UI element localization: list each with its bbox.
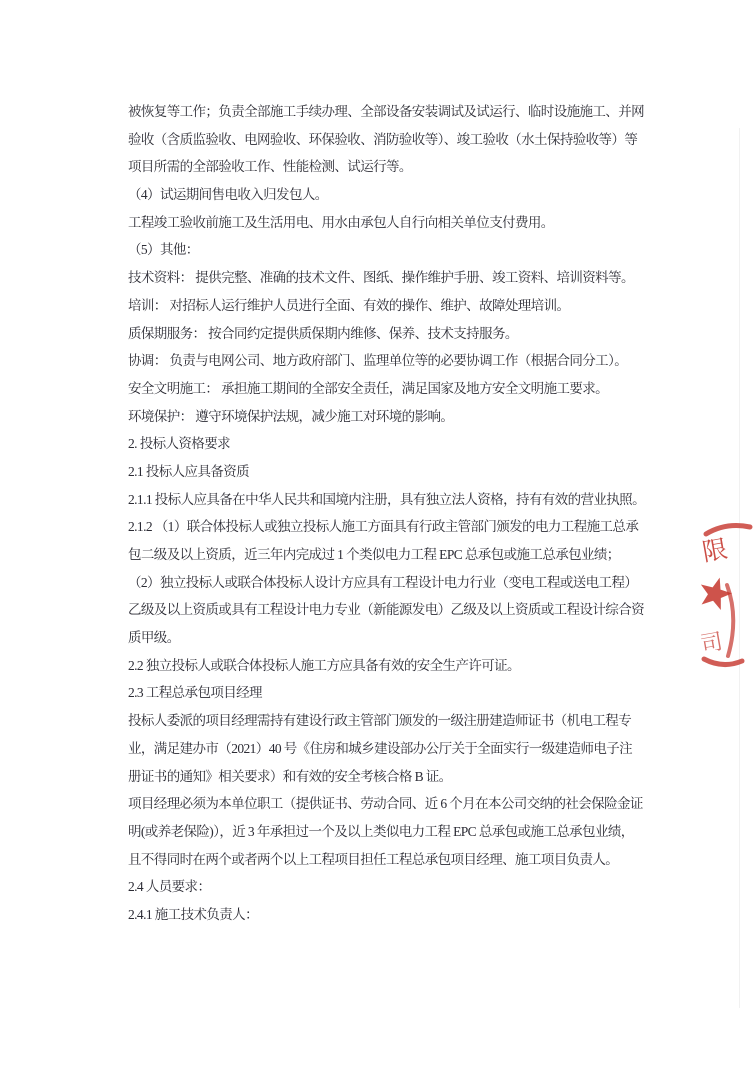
text-line: 项目经理必须为本单位职工（提供证书、劳动合同、近 6 个月在本公司交纳的社会保险…: [128, 790, 640, 818]
text-line: 投标人委派的项目经理需持有建设行政主管部门颁发的一级注册建造师证书（机电工程专: [128, 707, 640, 735]
text-line: 环境保护： 遵守环境保护法规，减少施工对环境的影响。: [128, 403, 640, 431]
section-heading: 2.4 人员要求：: [128, 873, 640, 901]
seal-bottom-arc: [704, 659, 742, 665]
text-line: 培训： 对招标人运行维护人员进行全面、有效的操作、维护、故障处理培训。: [128, 292, 640, 320]
text-line: 且不得同时在两个或者两个以上工程项目担任工程总承包项目经理、施工项目负责人。: [128, 846, 640, 874]
company-seal-fragment: 司 限 司: [694, 512, 753, 674]
section-heading: 2.1 投标人应具备资质: [128, 458, 640, 486]
document-page: 被恢复等工作；负责全部施工手续办理、全部设备安装调试及试运行、临时设施施工、并网…: [0, 0, 753, 1071]
section-heading: 2. 投标人资格要求: [128, 430, 640, 458]
section-heading: 2.3 工程总承包项目经理: [128, 679, 640, 707]
text-line: 2.2 独立投标人或联合体投标人施工方应具备有效的安全生产许可证。: [128, 652, 640, 680]
text-line: 验收（含质监验收、电网验收、环保验收、消防验收等）、竣工验收（水土保持验收等）等: [128, 126, 640, 154]
text-line: 项目所需的全部验收工作、性能检测、试运行等。: [128, 153, 640, 181]
seal-char-si: 司: [699, 628, 725, 656]
document-body: 被恢复等工作；负责全部施工手续办理、全部设备安装调试及试运行、临时设施施工、并网…: [128, 98, 640, 929]
text-line: 明(或养老保险)），近 3 年承担过一个及以上类似电力工程 EPC 总承包或施工…: [128, 818, 640, 846]
text-line: （4）试运期间售电收入归发包人。: [128, 181, 640, 209]
text-line: 技术资料： 提供完整、准确的技术文件、图纸、操作维护手册、竣工资料、培训资料等。: [128, 264, 640, 292]
text-line: 乙级及以上资质或具有工程设计电力专业（新能源发电）乙级及以上资质或工程设计综合资: [128, 596, 640, 624]
text-line: 安全文明施工： 承担施工期间的全部安全责任，满足国家及地方安全文明施工要求。: [128, 375, 640, 403]
text-line: 被恢复等工作；负责全部施工手续办理、全部设备安装调试及试运行、临时设施施工、并网: [128, 98, 640, 126]
text-line: 2.1.1 投标人应具备在中华人民共和国境内注册，具有独立法人资格，持有有效的营…: [128, 486, 640, 514]
text-line: （2）独立投标人或联合体投标人设计方应具有工程设计电力行业（变电工程或送电工程）: [128, 569, 640, 597]
text-line: 业，满足建办市（2021）40 号《住房和城乡建设部办公厅关于全面实行一级建造师…: [128, 735, 640, 763]
text-line: 2.1.2 （1）联合体投标人或独立投标人施工方面具有行政主管部门颁发的电力工程…: [128, 513, 640, 541]
text-line: 质保期服务： 按合同约定提供质保期内维修、保养、技术支持服务。: [128, 320, 640, 348]
text-line: 工程竣工验收前施工及生活用电、用水由承包人自行向相关单位支付费用。: [128, 209, 640, 237]
seal-top-arc: [706, 526, 750, 534]
text-line: 质甲级。: [128, 624, 640, 652]
section-heading: 2.4.1 施工技术负责人：: [128, 901, 640, 929]
scan-artifact-line: [739, 128, 740, 1008]
text-line: 包二级及以上资质，近三年内完成过 1 个类似电力工程 EPC 总承包或施工总承包…: [128, 541, 640, 569]
text-line: 协调： 负责与电网公司、地方政府部门、监理单位等的必要协调工作（根据合同分工）。: [128, 347, 640, 375]
seal-star-icon: [696, 573, 736, 612]
text-line: （5）其他：: [128, 236, 640, 264]
seal-char-xian: 限: [700, 536, 729, 567]
seal-inner-curve: [727, 585, 733, 656]
text-line: 册证书的通知》相关要求）和有效的安全考核合格 B 证。: [128, 763, 640, 791]
